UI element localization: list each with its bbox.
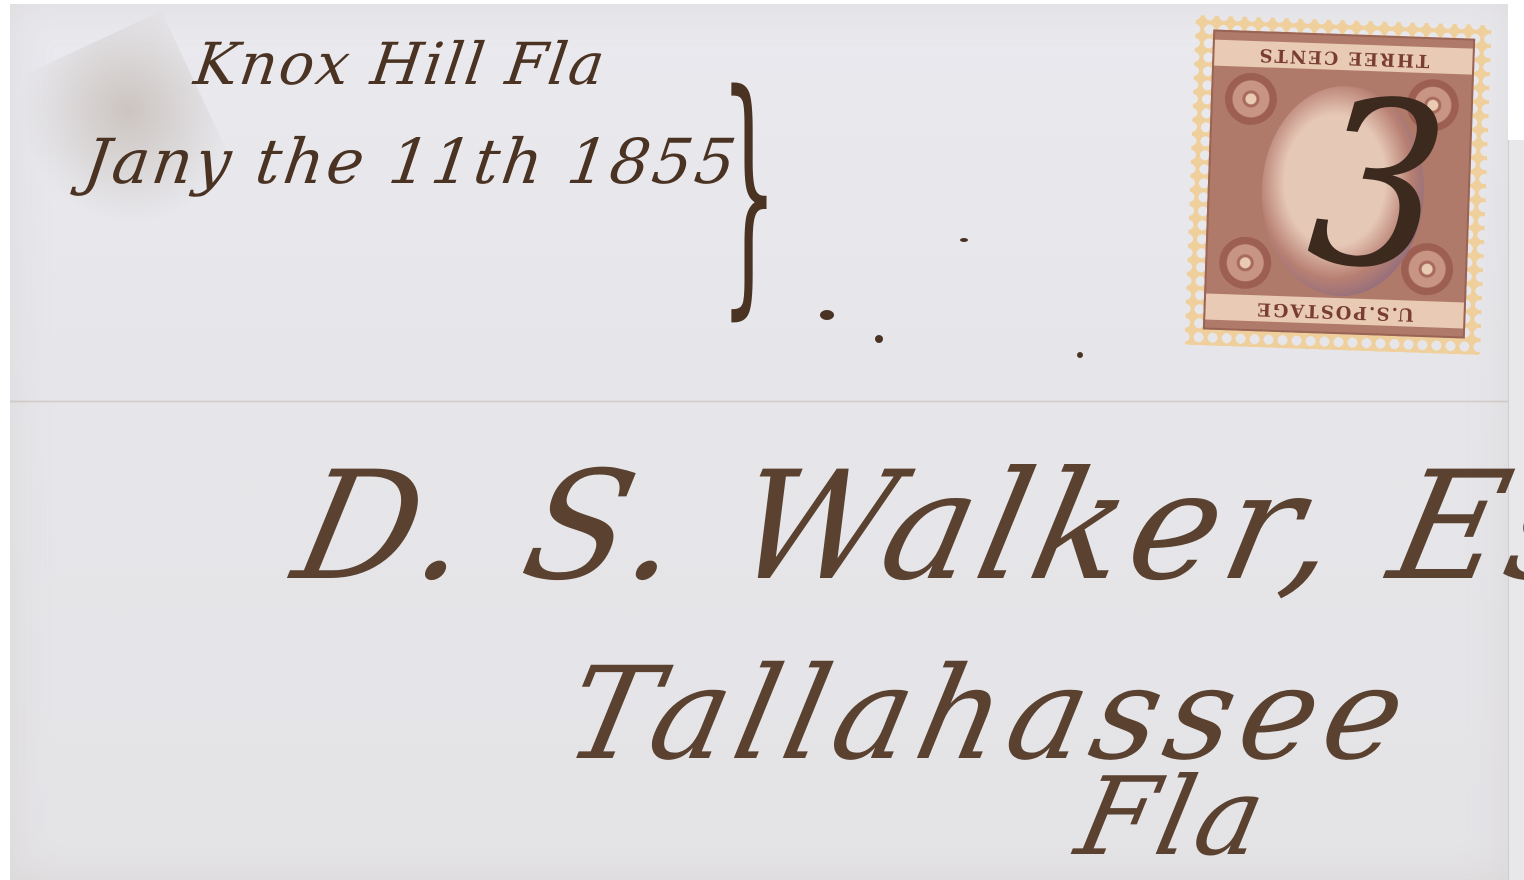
fold-line <box>10 400 1508 403</box>
docket-line-1: Knox Hill Fla <box>190 30 610 98</box>
ink-speck <box>960 238 968 242</box>
addressee-city: Tallahassee <box>554 640 1425 789</box>
ink-speck <box>875 335 883 343</box>
stamp-design: THREE CENTS U.S.POSTAGE 3 <box>1203 30 1475 339</box>
docket-brace: } <box>720 40 778 342</box>
addressee-state: Fla <box>1067 755 1279 880</box>
postage-stamp: THREE CENTS U.S.POSTAGE 3 <box>1184 15 1491 355</box>
rosette-icon <box>1224 72 1278 126</box>
manuscript-cancel: 3 <box>1301 66 1456 309</box>
rosette-icon <box>1218 236 1272 290</box>
ink-speck <box>820 310 834 320</box>
ink-speck <box>1077 352 1083 358</box>
addressee-name: D. S. Walker, Esq <box>282 440 1524 614</box>
docket-line-2: Jany the 11th 1855 <box>80 125 743 198</box>
